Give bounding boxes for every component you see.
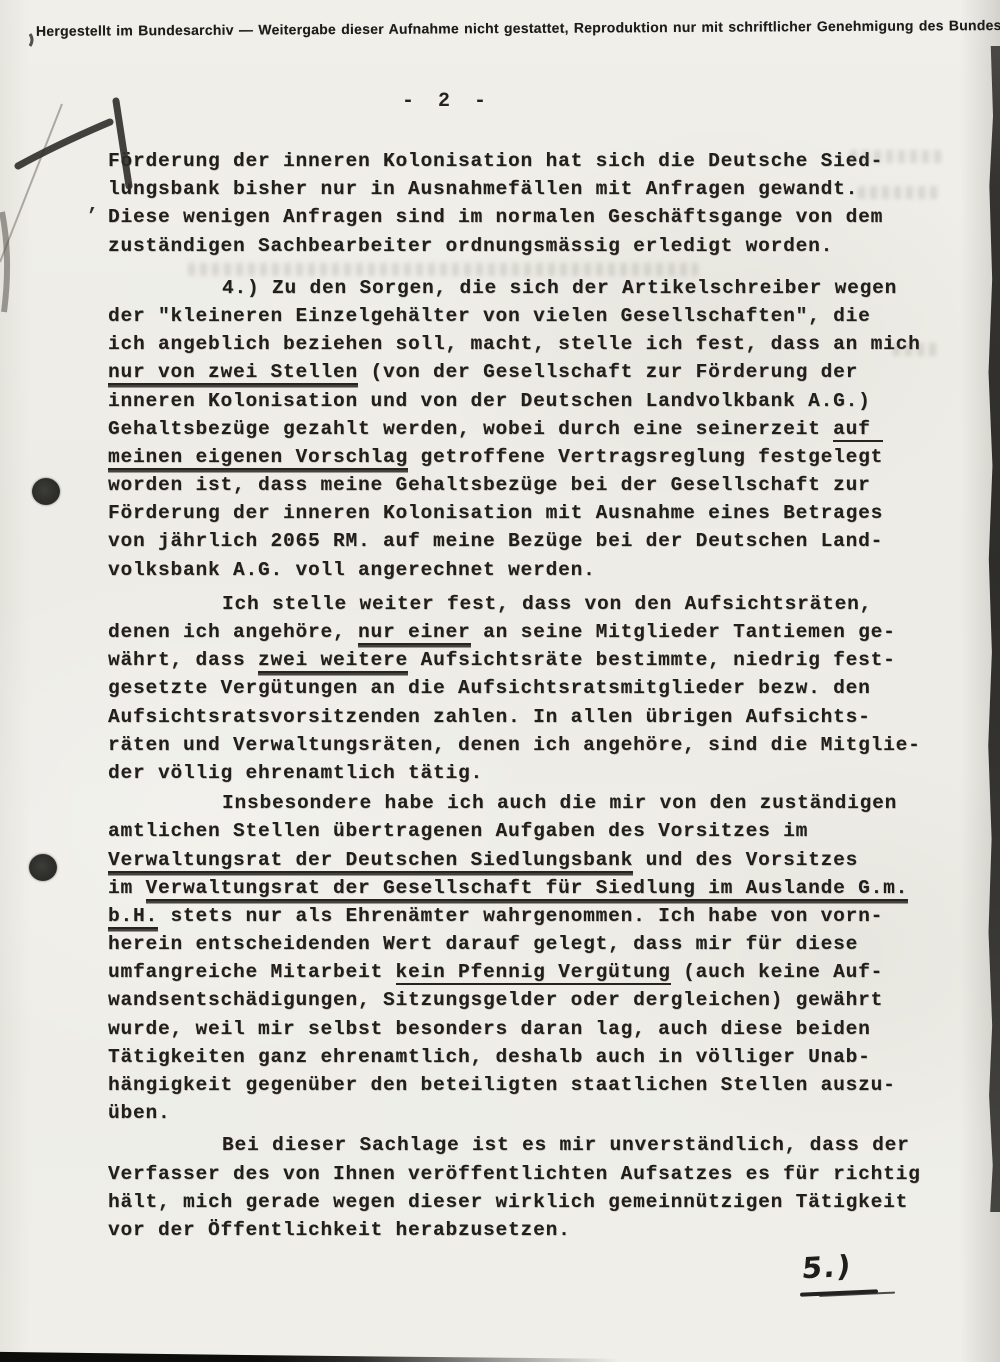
text-line: lungsbank bisher nur in Ausnahmefällen m…	[108, 175, 948, 203]
page-number: - 2 -	[402, 90, 492, 113]
text-line: nur von zwei Stellen (von der Gesellscha…	[108, 358, 948, 386]
scan-edge-bar-bottom	[0, 1351, 620, 1362]
text-segment: Gehaltsbezüge gezahlt werden, wobei durc…	[108, 418, 833, 440]
text-line: zuständigen Sachbearbeiter ordnungsmässi…	[108, 232, 948, 260]
text-segment: stets nur als Ehrenämter wahrgenommen. I…	[158, 905, 883, 927]
text-line: von jährlich 2065 RM. auf meine Bezüge b…	[108, 527, 948, 555]
text-segment: Aufsichtsräte bestimmte, niedrig fest-	[408, 649, 896, 671]
underlined-text: Verwaltungsrat der Gesellschaft für Sied…	[146, 877, 909, 901]
text-line: der "kleineren Einzelgehälter von vielen…	[108, 302, 948, 330]
text-segment: im	[108, 877, 146, 899]
text-segment: gesetzte Vergütungen an die Aufsichtsrat…	[108, 677, 871, 699]
text-segment: wandsentschädigungen, Sitzungsgelder ode…	[108, 989, 883, 1011]
text-line: währt, dass zwei weitere Aufsichtsräte b…	[108, 646, 948, 674]
document-body: Förderung der inneren Kolonisation hat s…	[108, 147, 948, 1244]
text-segment: der völlig ehrenamtlich tätig.	[108, 762, 483, 784]
text-segment: vor der Öffentlichkeit herabzusetzen.	[108, 1219, 571, 1241]
text-line: wandsentschädigungen, Sitzungsgelder ode…	[108, 986, 948, 1014]
scan-edge-band-right	[986, 46, 1000, 1212]
underlined-text: auf	[833, 418, 883, 442]
text-segment: Förderung der inneren Kolonisation mit A…	[108, 502, 883, 524]
underlined-text: meinen eigenen Vorschlag	[108, 446, 408, 470]
text-segment: volksbank A.G. voll angerechnet werden.	[108, 559, 596, 581]
text-line: meinen eigenen Vorschlag getroffene Vert…	[108, 443, 948, 471]
text-line: Bei dieser Sachlage ist es mir unverstän…	[108, 1131, 948, 1159]
text-line: Tätigkeiten ganz ehrenamtlich, deshalb a…	[108, 1043, 948, 1071]
text-line: Verwaltungsrat der Deutschen Siedlungsba…	[108, 846, 948, 874]
text-line: ich angeblich beziehen soll, macht, stel…	[108, 330, 948, 358]
underlined-text: b.H.	[108, 905, 158, 929]
text-segment: getroffene Vertragsreglung festgelegt	[408, 446, 883, 468]
text-segment: amtlichen Stellen übertragenen Aufgaben …	[108, 820, 808, 842]
bleedthrough-smudge	[850, 150, 942, 163]
underlined-text: Verwaltungsrat der Deutschen Siedlungsba…	[108, 849, 633, 873]
text-segment: umfangreiche Mitarbeit	[108, 961, 396, 983]
text-segment: an seine Mitglieder Tantiemen ge-	[471, 621, 896, 643]
stray-apostrophe-mark: ’	[86, 206, 98, 229]
text-line: worden ist, dass meine Gehaltsbezüge bei…	[108, 471, 948, 499]
text-line: Diese wenigen Anfragen sind im normalen …	[108, 203, 948, 231]
text-line: Insbesondere habe ich auch die mir von d…	[108, 789, 948, 817]
scan-edge-shadow	[2, 212, 7, 312]
text-line: inneren Kolonisation und von der Deutsch…	[108, 387, 948, 415]
text-segment: Diese wenigen Anfragen sind im normalen …	[108, 206, 883, 228]
text-line: herein entscheidenden Wert darauf gelegt…	[108, 930, 948, 958]
bleedthrough-smudge	[893, 343, 941, 356]
text-segment: währt, dass	[108, 649, 258, 671]
underlined-text: nur einer	[358, 621, 471, 645]
text-segment: von jährlich 2065 RM. auf meine Bezüge b…	[108, 530, 883, 552]
text-segment: 4.) Zu den Sorgen, die sich der Artikels…	[222, 277, 897, 299]
text-segment: Förderung der inneren Kolonisation hat s…	[108, 150, 883, 172]
text-segment: denen ich angehöre,	[108, 621, 358, 643]
text-line: b.H. stets nur als Ehrenämter wahrgenomm…	[108, 902, 948, 930]
document-page: Hergestellt im Bundesarchiv — Weitergabe…	[0, 0, 1000, 1362]
text-segment: lungsbank bisher nur in Ausnahmefällen m…	[108, 178, 858, 200]
text-line: hängigkeit gegenüber den beteiligten sta…	[108, 1071, 948, 1099]
stray-ink-mark	[30, 34, 32, 46]
underlined-text: kein Pfennig Vergütung	[396, 961, 671, 985]
handwritten-page-ref: 5.)	[801, 1249, 854, 1286]
text-line: Förderung der inneren Kolonisation mit A…	[108, 499, 948, 527]
text-line: Gehaltsbezüge gezahlt werden, wobei durc…	[108, 415, 948, 443]
text-line: hält, mich gerade wegen dieser wirklich …	[108, 1188, 948, 1216]
bleedthrough-smudge	[858, 186, 938, 199]
text-line: im Verwaltungsrat der Gesellschaft für S…	[108, 874, 948, 902]
text-segment: zuständigen Sachbearbeiter ordnungsmässi…	[108, 235, 833, 257]
text-segment: wurde, weil mir selbst besonders daran l…	[108, 1018, 871, 1040]
text-line: der völlig ehrenamtlich tätig.	[108, 759, 948, 787]
archive-stamp: Hergestellt im Bundesarchiv — Weitergabe…	[36, 17, 988, 39]
text-line: amtlichen Stellen übertragenen Aufgaben …	[108, 817, 948, 845]
text-line: wurde, weil mir selbst besonders daran l…	[108, 1015, 948, 1043]
text-line: 4.) Zu den Sorgen, die sich der Artikels…	[108, 274, 948, 302]
underlined-text: zwei weitere	[258, 649, 408, 673]
text-segment: inneren Kolonisation und von der Deutsch…	[108, 390, 871, 412]
text-segment: hält, mich gerade wegen dieser wirklich …	[108, 1191, 908, 1213]
punch-hole-bottom	[29, 854, 57, 881]
pencil-stroke	[18, 122, 110, 166]
text-segment: Insbesondere habe ich auch die mir von d…	[222, 792, 897, 814]
text-segment: ich angeblich beziehen soll, macht, stel…	[108, 333, 921, 355]
text-segment: (von der Gesellschaft zur Förderung der	[358, 361, 858, 383]
text-segment: Ich stelle weiter fest, dass von den Auf…	[222, 593, 872, 615]
text-line: räten und Verwaltungsräten, denen ich an…	[108, 731, 948, 759]
text-segment: Tätigkeiten ganz ehrenamtlich, deshalb a…	[108, 1046, 871, 1068]
text-segment: üben.	[108, 1102, 171, 1124]
text-line: umfangreiche Mitarbeit kein Pfennig Verg…	[108, 958, 948, 986]
text-line: vor der Öffentlichkeit herabzusetzen.	[108, 1216, 948, 1244]
text-line: denen ich angehöre, nur einer an seine M…	[108, 618, 948, 646]
text-segment: und des Vorsitzes	[633, 849, 858, 871]
text-line: Ich stelle weiter fest, dass von den Auf…	[108, 590, 948, 618]
text-segment: hängigkeit gegenüber den beteiligten sta…	[108, 1074, 896, 1096]
text-segment: worden ist, dass meine Gehaltsbezüge bei…	[108, 474, 871, 496]
handwritten-underline	[800, 1289, 878, 1296]
text-line: Aufsichtsratsvorsitzenden zahlen. In all…	[108, 703, 948, 731]
text-line: Verfasser des von Ihnen veröffentlichten…	[108, 1160, 948, 1188]
text-segment: (auch keine Auf-	[671, 961, 884, 983]
text-segment: Bei dieser Sachlage ist es mir unverstän…	[222, 1134, 910, 1156]
text-line: üben.	[108, 1099, 948, 1127]
text-segment: räten und Verwaltungsräten, denen ich an…	[108, 734, 921, 756]
text-segment: Aufsichtsratsvorsitzenden zahlen. In all…	[108, 706, 871, 728]
underlined-text: nur von zwei Stellen	[108, 361, 358, 385]
paper-crease	[0, 104, 62, 262]
text-segment: der "kleineren Einzelgehälter von vielen…	[108, 305, 871, 327]
text-segment: Verfasser des von Ihnen veröffentlichten…	[108, 1163, 921, 1185]
text-line: Förderung der inneren Kolonisation hat s…	[108, 147, 948, 175]
text-line: gesetzte Vergütungen an die Aufsichtsrat…	[108, 674, 948, 702]
bleedthrough-smudge	[188, 263, 698, 276]
text-segment: herein entscheidenden Wert darauf gelegt…	[108, 933, 858, 955]
punch-hole-top	[32, 478, 60, 505]
text-line: volksbank A.G. voll angerechnet werden.	[108, 556, 948, 584]
